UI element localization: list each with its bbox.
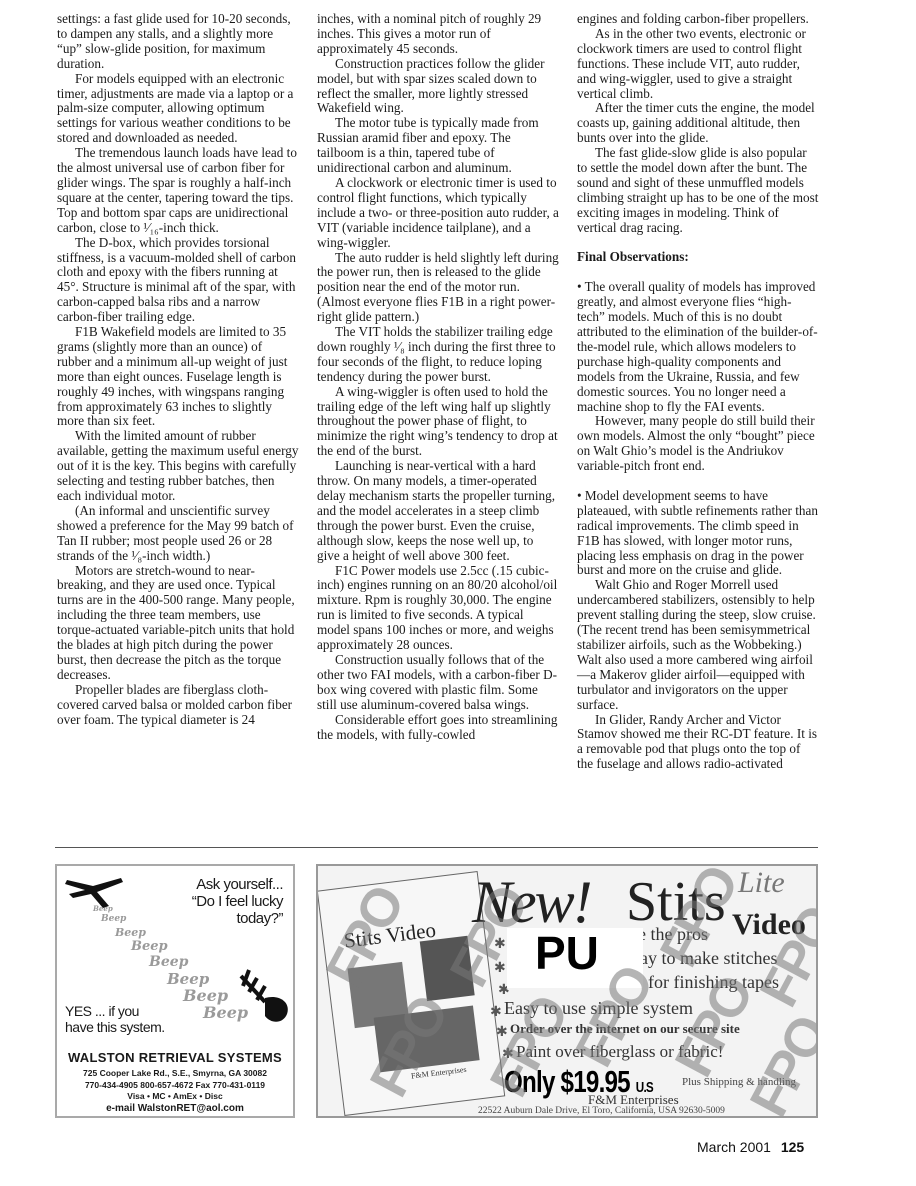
article-paragraph: F1B Wakefield models are limited to 35 g… bbox=[57, 325, 299, 429]
article-paragraph: The tremendous launch loads have lead to… bbox=[57, 146, 299, 235]
article-paragraph: Launching is near-vertical with a hard t… bbox=[317, 459, 559, 563]
beep-text: Beep bbox=[101, 914, 126, 924]
company-name: WALSTON RETRIEVAL SYSTEMS bbox=[57, 1050, 293, 1065]
beep-text: Beep bbox=[115, 926, 146, 939]
article-paragraph: A clockwork or electronic timer is used … bbox=[317, 176, 559, 251]
article-paragraph: Walt Ghio and Roger Morrell used underca… bbox=[577, 578, 819, 712]
beep-text: Beep bbox=[93, 904, 113, 913]
antenna-receiver-icon bbox=[235, 966, 293, 1026]
headline-line: “Do I feel lucky bbox=[192, 893, 283, 910]
page-number: 125 bbox=[781, 1139, 804, 1155]
address: 725 Cooper Lake Rd., S.E., Smyrna, GA 30… bbox=[57, 1068, 293, 1080]
email: e-mail WalstonRET@aol.com bbox=[57, 1103, 293, 1115]
bullet-star-icon: ✱ bbox=[490, 1004, 502, 1021]
stits-video-ad: Stits Video F&M Enterprises New! Stits L… bbox=[316, 864, 818, 1118]
article-paragraph: F1C Power models use 2.5cc (.15 cubic-in… bbox=[317, 564, 559, 653]
phones: 770-434-4905 800-657-4672 Fax 770-431-01… bbox=[57, 1080, 293, 1092]
article-paragraph: • The overall quality of models has impr… bbox=[577, 280, 819, 414]
page-footer: March 2001 125 bbox=[697, 1139, 804, 1155]
article-paragraph: settings: a fast glide used for 10-20 se… bbox=[57, 12, 299, 72]
company-address: 22522 Auburn Dale Drive, El Toro, Califo… bbox=[478, 1106, 725, 1116]
article-paragraph: For models equipped with an electronic t… bbox=[57, 72, 299, 147]
article-paragraph: In Glider, Randy Archer and Victor Stamo… bbox=[577, 713, 819, 773]
article-column-2: inches, with a nominal pitch of roughly … bbox=[317, 12, 559, 742]
ad-divider-rule bbox=[55, 847, 818, 848]
article-paragraph: engines and folding carbon-fiber propell… bbox=[577, 12, 819, 27]
walston-retrieval-ad: Ask yourself... “Do I feel lucky today?”… bbox=[55, 864, 295, 1118]
article-paragraph: The D-box, which provides torsional stif… bbox=[57, 236, 299, 325]
beep-text: Beep bbox=[131, 939, 168, 954]
article-paragraph: The fast glide-slow glide is also popula… bbox=[577, 146, 819, 235]
article-paragraph: A wing-wiggler is often used to hold the… bbox=[317, 385, 559, 460]
issue-date: March 2001 bbox=[697, 1139, 771, 1155]
article-paragraph: • Model development seems to have platea… bbox=[577, 489, 819, 578]
article-paragraph: Construction usually follows that of the… bbox=[317, 653, 559, 713]
article-paragraph: As in the other two events, electronic o… bbox=[577, 27, 819, 102]
article-paragraph: However, many people do still build thei… bbox=[577, 414, 819, 474]
article-paragraph: With the limited amount of rubber availa… bbox=[57, 429, 299, 504]
payment-methods: Visa • MC • AmEx • Disc bbox=[57, 1091, 293, 1103]
article-paragraph: inches, with a nominal pitch of roughly … bbox=[317, 12, 559, 57]
article-paragraph: The auto rudder is held slightly left du… bbox=[317, 251, 559, 326]
article-paragraph: After the timer cuts the engine, the mod… bbox=[577, 101, 819, 146]
answer-line: have this system. bbox=[65, 1019, 165, 1035]
answer-line: YES ... if you bbox=[65, 1003, 165, 1019]
ad-answer: YES ... if you have this system. bbox=[65, 1003, 165, 1035]
article-paragraph: The VIT holds the stabilizer trailing ed… bbox=[317, 325, 559, 385]
article-column-3: engines and folding carbon-fiber propell… bbox=[577, 12, 819, 772]
article-column-1: settings: a fast glide used for 10-20 se… bbox=[57, 12, 299, 728]
article-paragraph: Considerable effort goes into streamlini… bbox=[317, 713, 559, 743]
placeholder-label: PU bbox=[535, 926, 599, 980]
company-contact: 725 Cooper Lake Rd., S.E., Smyrna, GA 30… bbox=[57, 1068, 293, 1114]
beep-text: Beep bbox=[149, 954, 188, 970]
ad-headline: Ask yourself... “Do I feel lucky today?” bbox=[192, 876, 283, 927]
headline-line: Ask yourself... bbox=[192, 876, 283, 893]
article-paragraph: Motors are stretch-wound to near-breakin… bbox=[57, 564, 299, 683]
article-paragraph: Construction practices follow the glider… bbox=[317, 57, 559, 117]
headline-line: today?” bbox=[192, 910, 283, 927]
article-paragraph: Propeller blades are fiberglass cloth-co… bbox=[57, 683, 299, 728]
article-paragraph: (An informal and unscientific survey sho… bbox=[57, 504, 299, 564]
article-paragraph: The motor tube is typically made from Ru… bbox=[317, 116, 559, 176]
section-heading: Final Observations: bbox=[577, 250, 819, 265]
